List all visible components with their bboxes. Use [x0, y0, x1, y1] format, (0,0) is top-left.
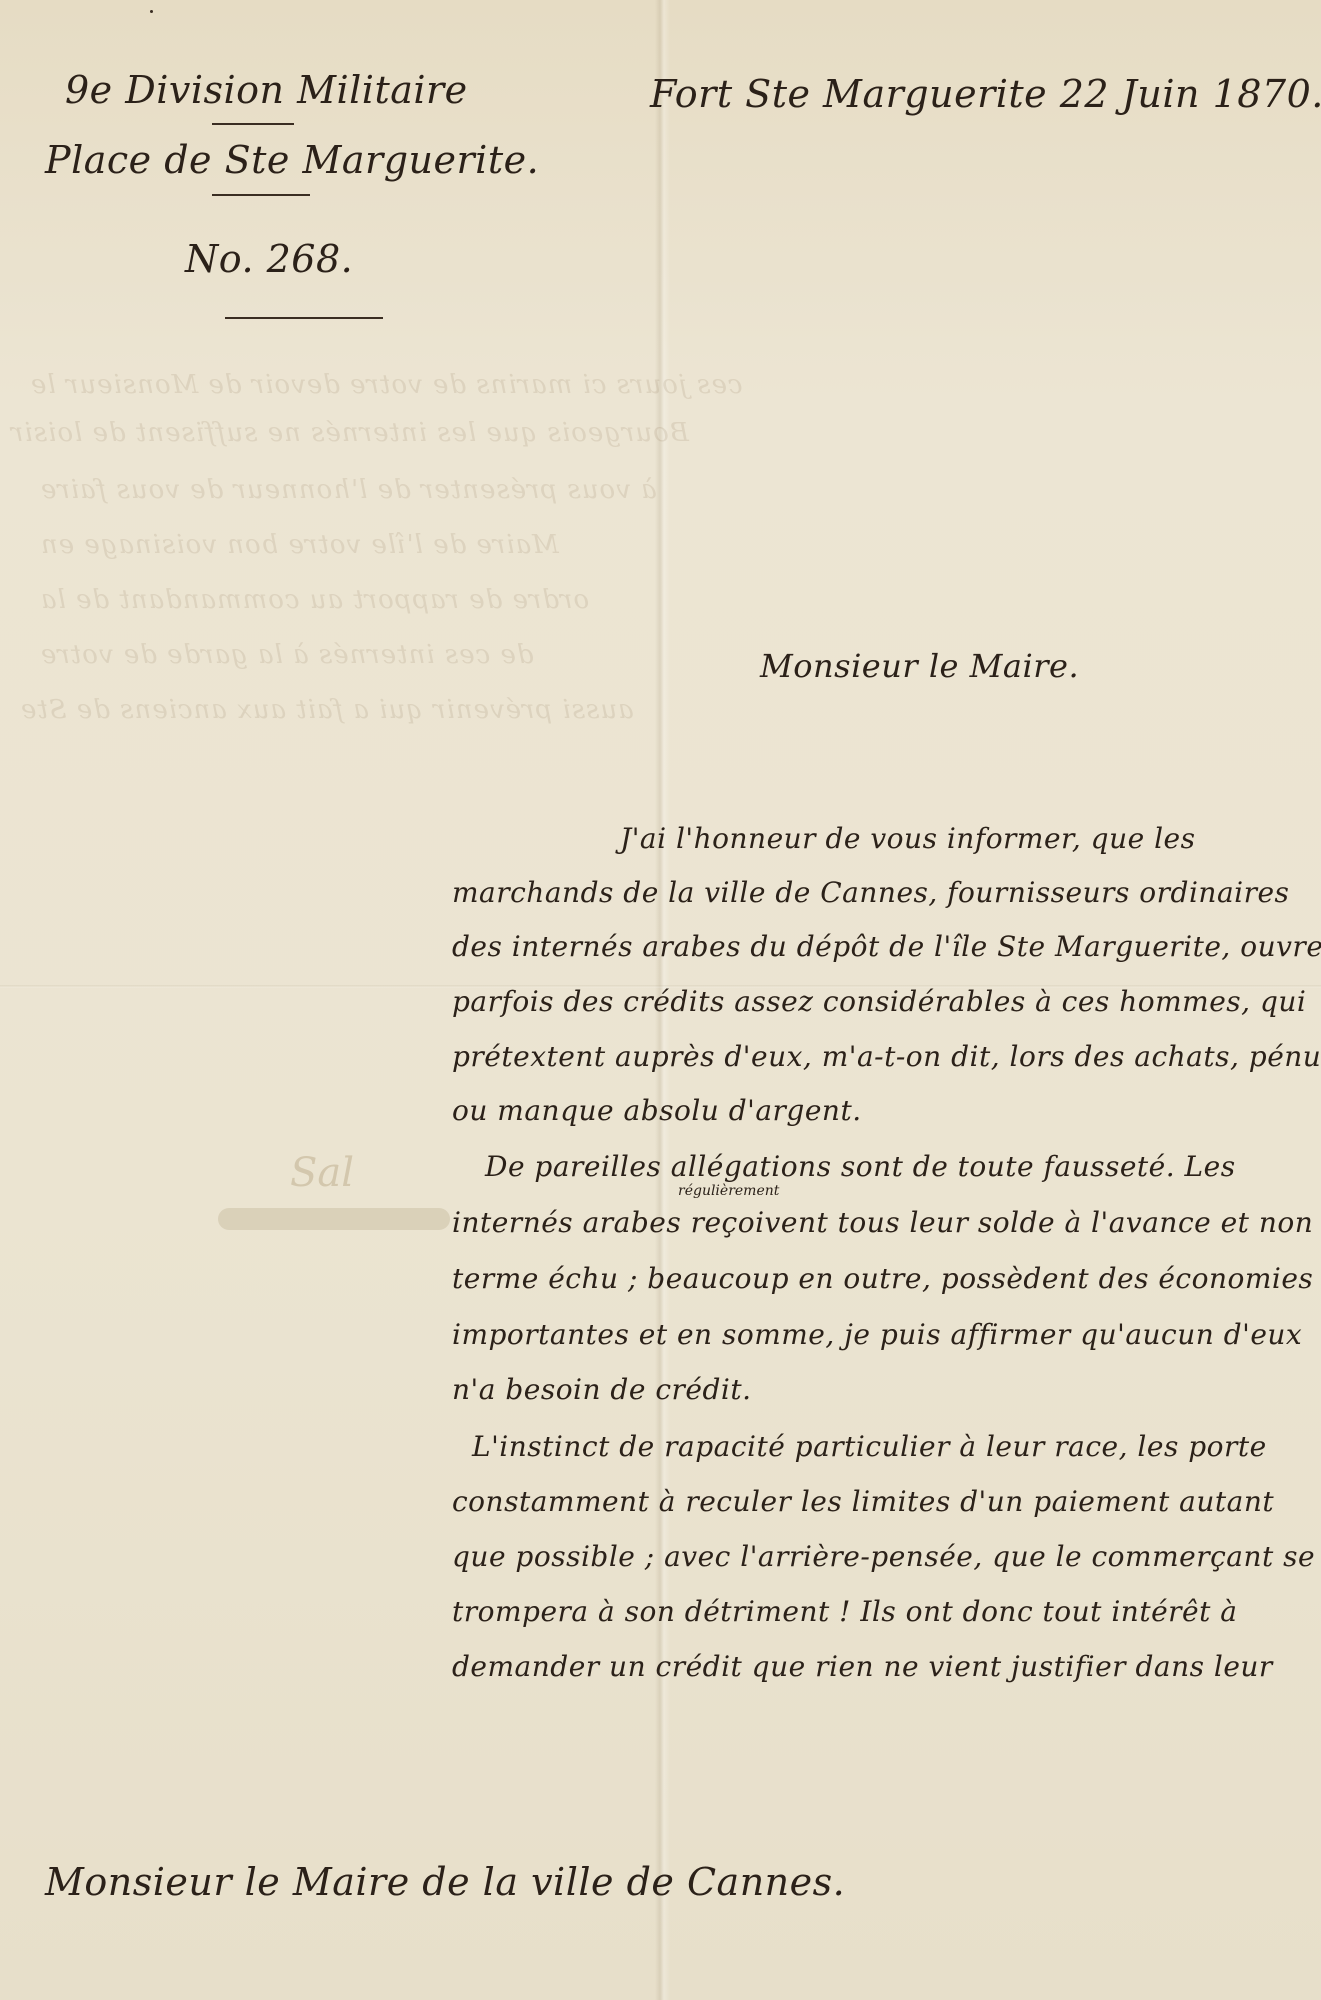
body-line: demander un crédit que rien ne vient jus… — [452, 1650, 1273, 1683]
body-line: constamment à reculer les limites d'un p… — [452, 1485, 1274, 1518]
body-line: internés arabes reçoivent tous leur sold… — [452, 1206, 1321, 1239]
addressee-line: Monsieur le Maire de la ville de Cannes. — [45, 1860, 845, 1904]
ink-speck — [150, 10, 153, 13]
body-line: des internés arabes du dépôt de l'île St… — [452, 930, 1321, 963]
bleed-line: ces jours ci marins de votre devoir de M… — [30, 370, 743, 400]
bleed-line: à vous présenter de l'honneur de vous fa… — [40, 475, 657, 505]
body-line: prétextent auprès d'eux, m'a-t-on dit, l… — [452, 1040, 1321, 1073]
body-line: J'ai l'honneur de vous informer, que les — [620, 822, 1196, 855]
bleed-line: aussi prévenir qui a fait aux anciens de… — [20, 695, 634, 725]
bleed-line: Bourgeois que les internés ne suffisent … — [10, 418, 689, 448]
salutation: Monsieur le Maire. — [760, 647, 1079, 685]
place-heading: Place de Ste Marguerite. — [45, 138, 539, 182]
bleed-line: de ces internés à la garde de votre — [40, 640, 534, 670]
body-line: n'a besoin de crédit. — [452, 1373, 752, 1406]
body-line: que possible ; avec l'arrière-pensée, qu… — [452, 1540, 1315, 1573]
interlinear-insertion: régulièrement — [678, 1183, 779, 1199]
body-line: parfois des crédits assez considérables … — [452, 985, 1306, 1018]
body-line: importantes et en somme, je puis affirme… — [452, 1318, 1302, 1351]
faded-stamp-underline — [218, 1208, 450, 1230]
place-underline — [212, 194, 310, 196]
faded-stamp: Sal — [290, 1150, 354, 1196]
body-line: ou manque absolu d'argent. — [452, 1094, 862, 1127]
location-date: Fort Ste Marguerite 22 Juin 1870. — [650, 72, 1321, 116]
bleed-line: Maire de l'île votre bon voisinage en — [40, 530, 559, 560]
body-line: L'instinct de rapacité particulier à leu… — [472, 1430, 1267, 1463]
number-underline — [225, 317, 383, 319]
body-line: terme échu ; beaucoup en outre, possèden… — [452, 1262, 1321, 1295]
body-line: marchands de la ville de Cannes, fournis… — [452, 876, 1289, 909]
body-line: trompera à son détriment ! Ils ont donc … — [452, 1595, 1237, 1628]
bleed-line: ordre de rapport au commandant de la — [40, 585, 589, 615]
division-heading: 9e Division Militaire — [65, 68, 468, 112]
letter-page: ces jours ci marins de votre devoir de M… — [0, 0, 1321, 2000]
reference-number: No. 268. — [185, 237, 353, 281]
body-line: De pareilles allégations sont de toute f… — [485, 1150, 1236, 1183]
division-underline — [212, 123, 294, 125]
